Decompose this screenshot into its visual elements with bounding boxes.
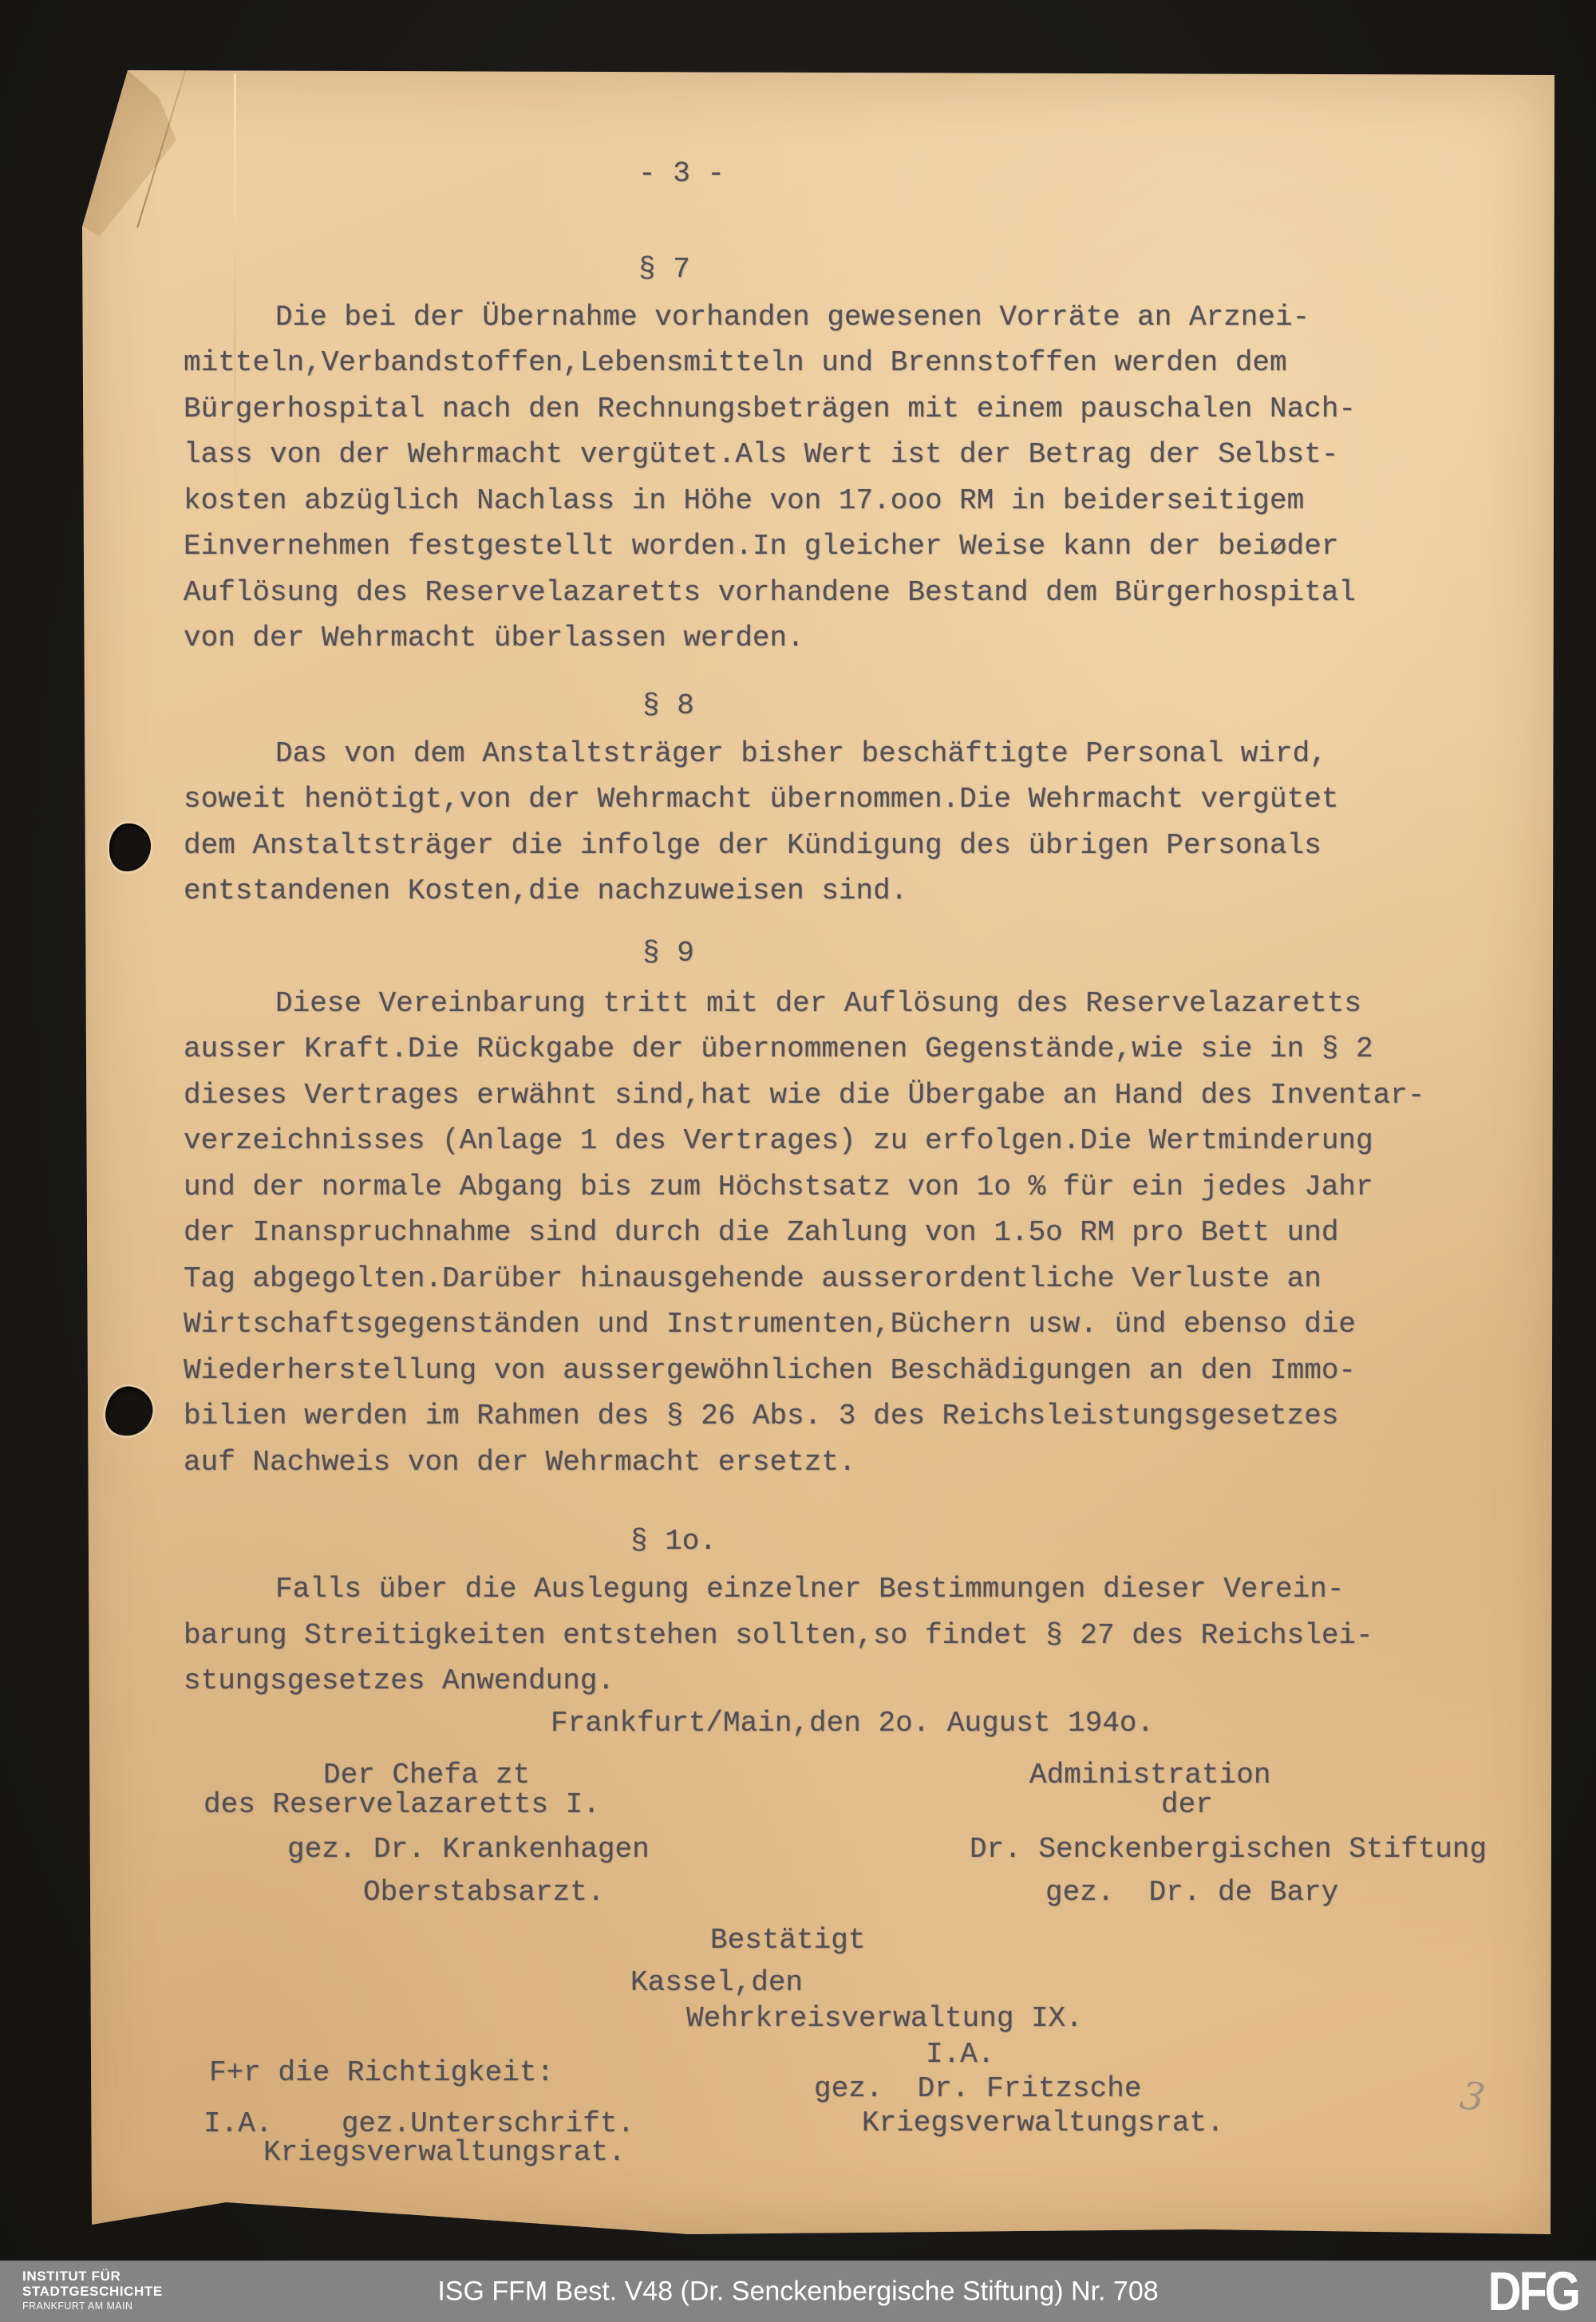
punch-hole-top bbox=[109, 823, 151, 871]
viewer-footer: INSTITUT FÜR STADTGESCHICHTE FRANKFURT A… bbox=[0, 2261, 1596, 2322]
viewer-background: - 3 -§ 7Die bei der Übernahme vorhanden … bbox=[0, 0, 1596, 2322]
isg-logo-line2: STADTGESCHICHTE bbox=[22, 2284, 163, 2299]
isg-logo-line3: FRANKFURT AM MAIN bbox=[22, 2300, 163, 2312]
vertical-crease bbox=[234, 73, 236, 520]
isg-logo: INSTITUT FÜR STADTGESCHICHTE FRANKFURT A… bbox=[22, 2269, 163, 2312]
archive-reference: ISG FFM Best. V48 (Dr. Senckenbergische … bbox=[437, 2276, 1158, 2307]
dfg-logo: DFG bbox=[1488, 2260, 1578, 2322]
punch-hole-bottom bbox=[101, 1383, 157, 1441]
document-page bbox=[82, 70, 1556, 2234]
isg-logo-line1: INSTITUT FÜR bbox=[22, 2269, 163, 2284]
page-corner-fold bbox=[82, 70, 242, 278]
